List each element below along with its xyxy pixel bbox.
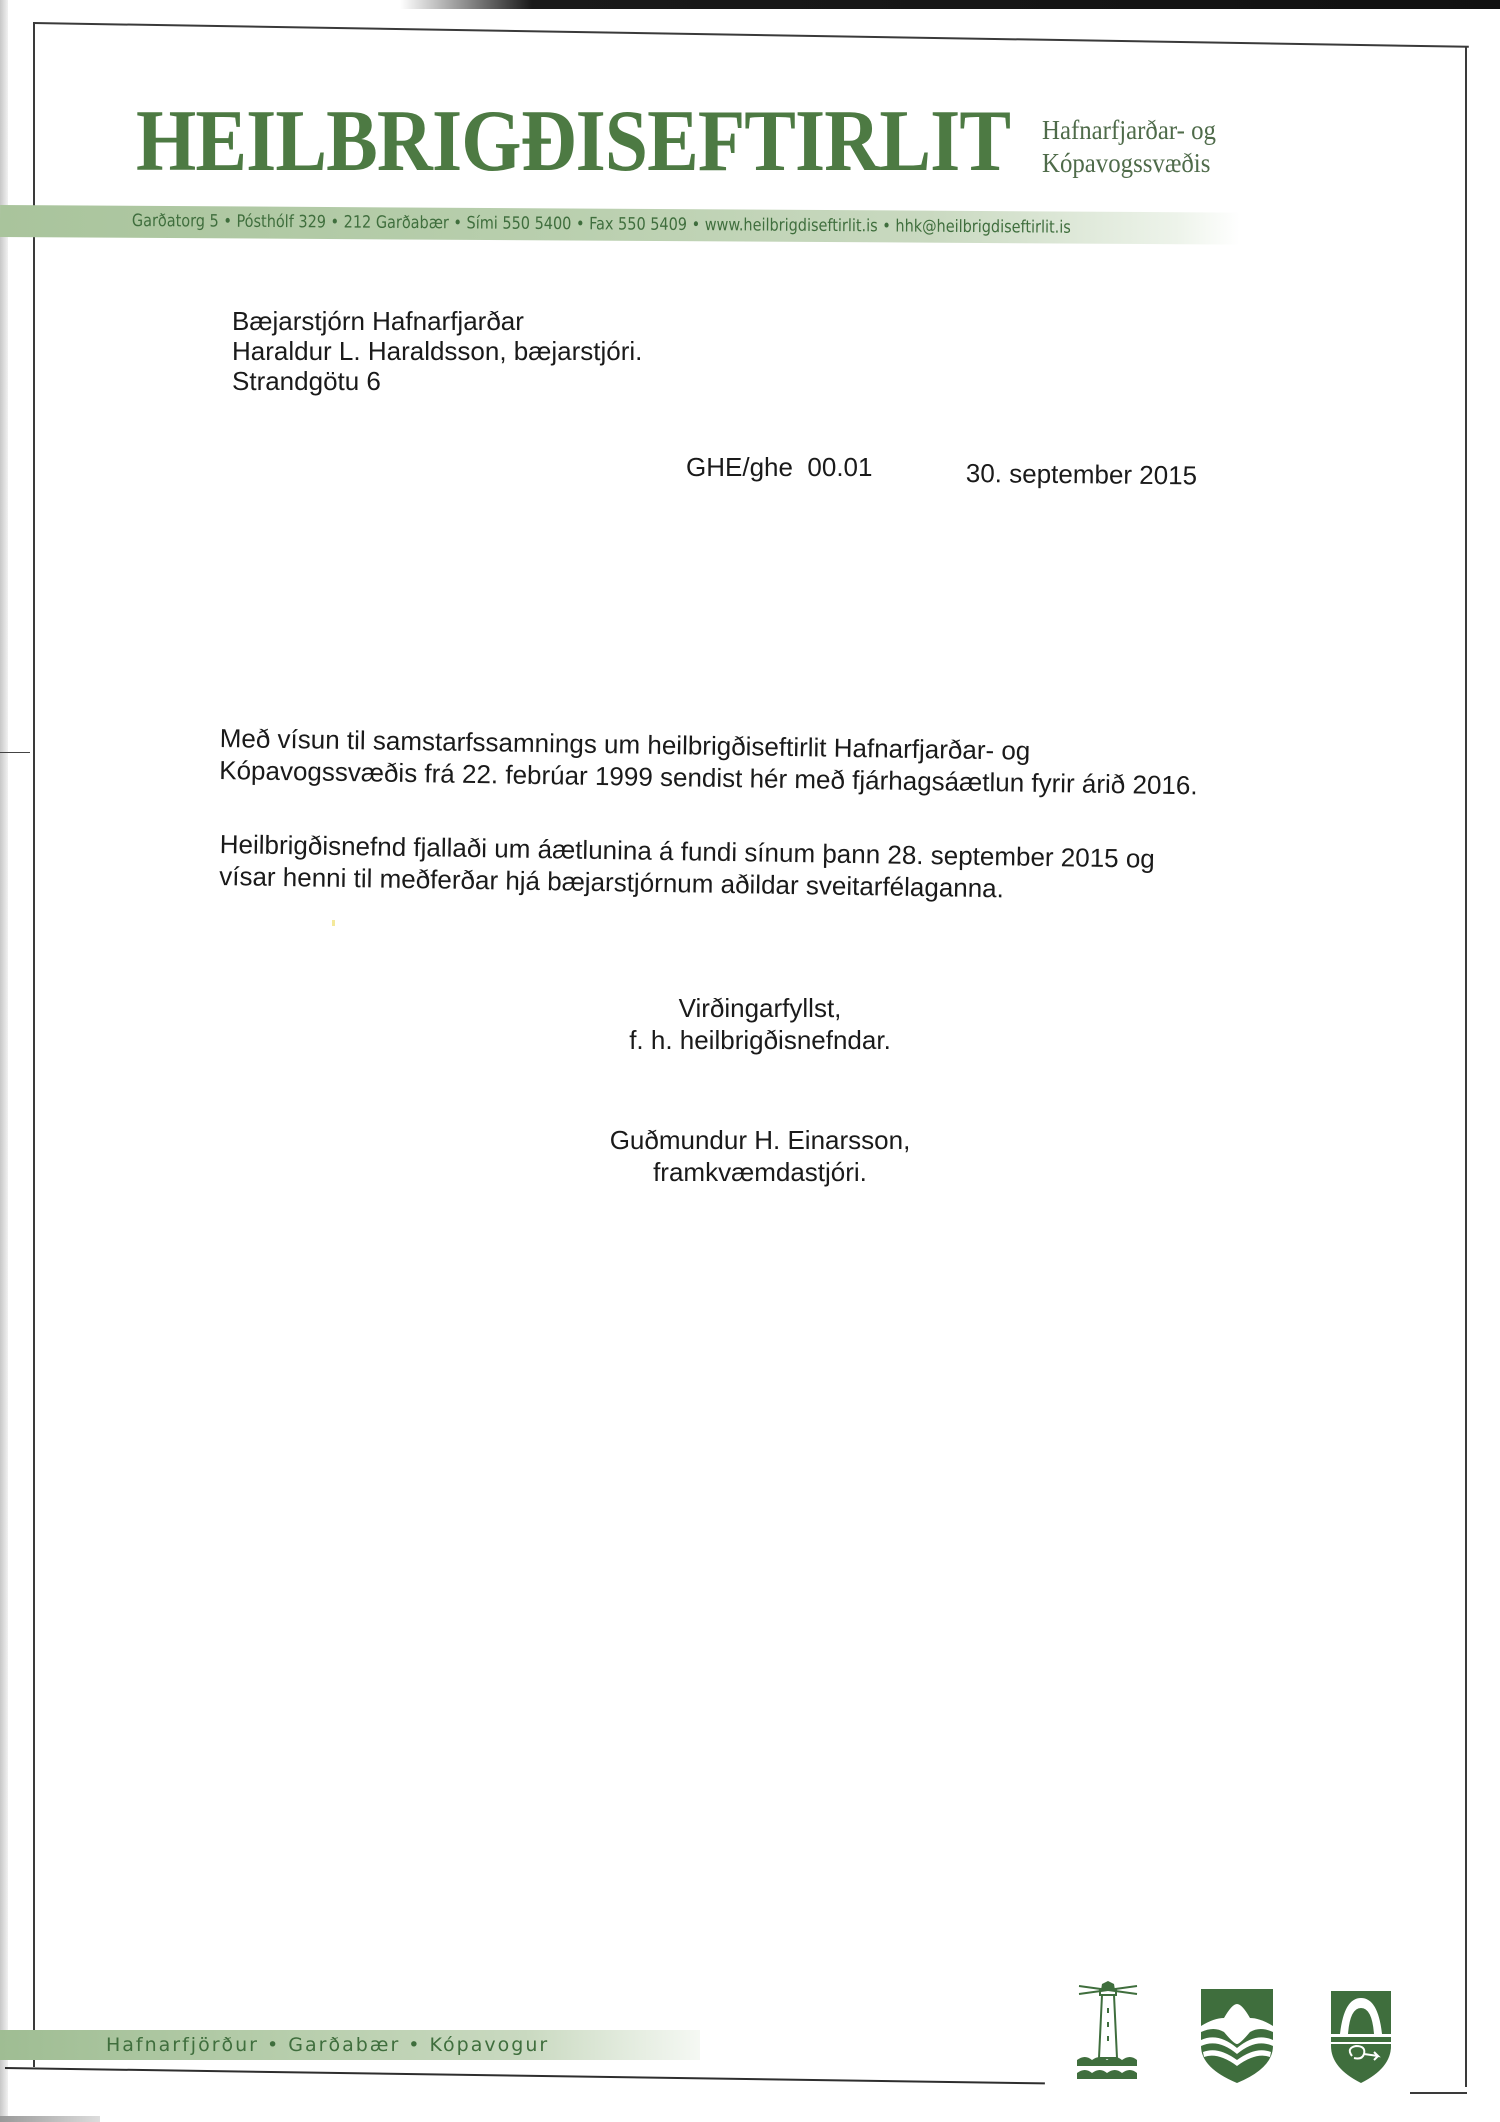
region-line: Hafnarfjarðar- og [1042, 114, 1216, 147]
waves-shield-crest-icon [1200, 1988, 1274, 2084]
scan-edge-bottom [0, 2116, 100, 2122]
on-behalf: f. h. heilbrigðisnefndar. [560, 1024, 960, 1056]
signer-title: framkvæmdastjóri. [560, 1156, 960, 1188]
salutation: Virðingarfyllst, [560, 992, 960, 1024]
page-frame-right [1465, 47, 1467, 2087]
scan-edge-top [400, 0, 1500, 9]
recipient-line: Strandgötu 6 [232, 366, 642, 396]
body-paragraph: Með vísun til samstarfssamnings um heilb… [219, 722, 1198, 801]
page-frame-corner [1410, 2092, 1467, 2094]
page-frame-left [33, 22, 35, 2067]
signature-block: Guðmundur H. Einarsson, framkvæmdastjóri… [560, 1124, 960, 1188]
body-paragraph: Heilbrigðisnefnd fjallaði um áætlunina á… [219, 828, 1155, 907]
lighthouse-crest-icon [1075, 1980, 1141, 2080]
recipient-line: Haraldur L. Haraldsson, bæjarstjóri. [232, 336, 642, 366]
region-line: Kópavogssvæðis [1042, 147, 1216, 180]
reference-code: GHE/ghe 00.01 [686, 452, 872, 483]
arch-shield-crest-icon [1330, 1990, 1392, 2084]
signer-name: Guðmundur H. Einarsson, [560, 1124, 960, 1156]
scan-speck [332, 920, 335, 926]
organization-title: HEILBRIGÐISEFTIRLIT [136, 98, 1010, 186]
organization-region: Hafnarfjarðar- og Kópavogssvæðis [1042, 114, 1216, 180]
page-frame-bottom [5, 2067, 1045, 2084]
recipient-line: Bæjarstjórn Hafnarfjarðar [232, 306, 642, 336]
closing-salutation-block: Virðingarfyllst, f. h. heilbrigðisnefnda… [560, 992, 960, 1056]
recipient-address: Bæjarstjórn Hafnarfjarðar Haraldur L. Ha… [232, 306, 642, 396]
page-frame-top [33, 22, 1469, 48]
letter-date: 30. september 2015 [966, 458, 1198, 491]
footer-municipalities: Hafnarfjörður • Garðabær • Kópavogur [106, 2032, 549, 2058]
scan-mark [0, 752, 30, 753]
scan-edge-left [0, 0, 8, 2122]
